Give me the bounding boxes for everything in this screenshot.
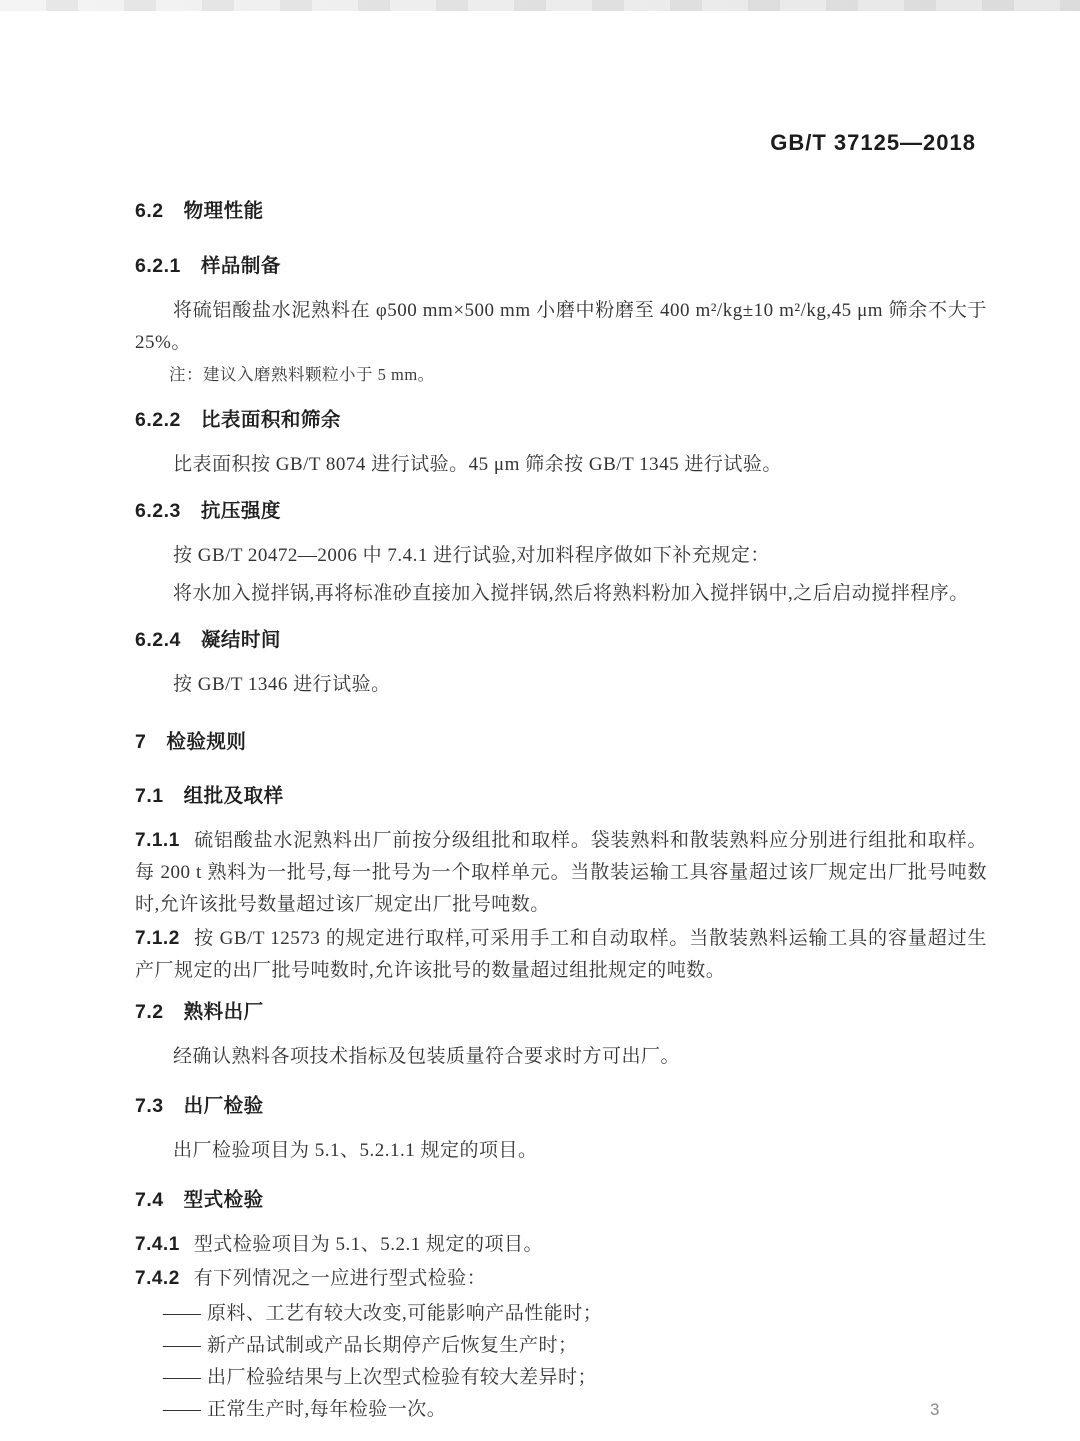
section-heading-6.2.4: 6.2.4凝结时间 [135, 627, 987, 653]
list-item: ——出厂检验结果与上次型式检验有较大差异时； [135, 1362, 987, 1394]
section-heading-7.1: 7.1组批及取样 [135, 783, 987, 809]
section-title: 凝结时间 [201, 629, 281, 651]
clause-7.1.1: 7.1.1硫铝酸盐水泥熟料出厂前按分级组批和取样。袋装熟料和散装熟料应分别进行组… [135, 825, 987, 921]
list-item-text: 新产品试制或产品长期停产后恢复生产时； [207, 1335, 578, 1356]
section-number: 6.2 [135, 200, 164, 222]
document-body: 6.2物理性能6.2.1样品制备将硫铝酸盐水泥熟料在 φ500 mm×500 m… [135, 198, 987, 1426]
paragraph: 将水加入搅拌锅,再将标准砂直接加入搅拌锅,然后将熟料粉加入搅拌锅中,之后启动搅拌… [135, 578, 987, 610]
list-dash: —— [163, 1399, 201, 1420]
clause-text: 硫铝酸盐水泥熟料出厂前按分级组批和取样。袋装熟料和散装熟料应分别进行组批和取样。… [135, 830, 987, 915]
section-heading-6.2.3: 6.2.3抗压强度 [135, 498, 987, 524]
list-item: ——正常生产时,每年检验一次。 [135, 1394, 987, 1426]
section-number: 7.4 [135, 1189, 164, 1211]
section-heading-7.4: 7.4型式检验 [135, 1187, 987, 1213]
paragraph: 将硫铝酸盐水泥熟料在 φ500 mm×500 mm 小磨中粉磨至 400 m²/… [135, 295, 987, 359]
section-title: 样品制备 [201, 255, 281, 277]
list-item-text: 原料、工艺有较大改变,可能影响产品性能时； [207, 1303, 602, 1324]
paragraph: 出厂检验项目为 5.1、5.2.1.1 规定的项目。 [135, 1135, 987, 1167]
section-number: 7.2 [135, 1001, 164, 1023]
list-item-text: 出厂检验结果与上次型式检验有较大差异时； [207, 1367, 597, 1388]
section-heading-7: 7检验规则 [135, 729, 987, 755]
paragraph: 按 GB/T 20472—2006 中 7.4.1 进行试验,对加料程序做如下补… [135, 540, 987, 572]
clause-number: 7.1.2 [135, 928, 180, 949]
list-item: ——原料、工艺有较大改变,可能影响产品性能时； [135, 1298, 987, 1330]
clause-text: 有下列情况之一应进行型式检验： [194, 1268, 487, 1289]
clause-7.4.1: 7.4.1型式检验项目为 5.1、5.2.1 规定的项目。 [135, 1229, 987, 1261]
section-number: 6.2.2 [135, 409, 181, 431]
list-item-text: 正常生产时,每年检验一次。 [207, 1399, 446, 1420]
paragraph: 经确认熟料各项技术指标及包装质量符合要求时方可出厂。 [135, 1041, 987, 1073]
note: 注：建议入磨熟料颗粒小于 5 mm。 [169, 361, 987, 389]
list-item: ——新产品试制或产品长期停产后恢复生产时； [135, 1330, 987, 1362]
paragraph: 按 GB/T 1346 进行试验。 [135, 669, 987, 701]
section-number: 6.2.1 [135, 255, 181, 277]
section-title: 物理性能 [184, 200, 264, 222]
clause-text: 型式检验项目为 5.1、5.2.1 规定的项目。 [194, 1234, 543, 1255]
section-heading-6.2: 6.2物理性能 [135, 198, 987, 224]
standard-code-header: GB/T 37125—2018 [770, 130, 976, 156]
list-dash: —— [163, 1303, 201, 1324]
section-number: 7.3 [135, 1095, 164, 1117]
scan-artifact-strip [0, 0, 1080, 11]
clause-number: 7.4.2 [135, 1268, 180, 1289]
section-heading-6.2.2: 6.2.2比表面积和筛余 [135, 407, 987, 433]
section-title: 出厂检验 [184, 1095, 264, 1117]
section-heading-7.2: 7.2熟料出厂 [135, 999, 987, 1025]
list-dash: —— [163, 1335, 201, 1356]
clause-7.4.2: 7.4.2有下列情况之一应进行型式检验： [135, 1263, 987, 1295]
section-title: 组批及取样 [184, 785, 284, 807]
section-title: 抗压强度 [201, 500, 281, 522]
clause-text: 按 GB/T 12573 的规定进行取样,可采用手工和自动取样。当散装熟料运输工… [135, 928, 987, 981]
paragraph: 比表面积按 GB/T 8074 进行试验。45 μm 筛余按 GB/T 1345… [135, 449, 987, 481]
section-title: 比表面积和筛余 [201, 409, 341, 431]
section-heading-7.3: 7.3出厂检验 [135, 1093, 987, 1119]
section-number: 7 [135, 731, 146, 753]
section-title: 型式检验 [184, 1189, 264, 1211]
section-number: 6.2.3 [135, 500, 181, 522]
clause-number: 7.1.1 [135, 830, 180, 851]
list-dash: —— [163, 1367, 201, 1388]
section-heading-6.2.1: 6.2.1样品制备 [135, 253, 987, 279]
clause-7.1.2: 7.1.2按 GB/T 12573 的规定进行取样,可采用手工和自动取样。当散装… [135, 923, 987, 987]
section-title: 检验规则 [166, 731, 246, 753]
page-number: 3 [930, 1400, 939, 1420]
section-title: 熟料出厂 [184, 1001, 264, 1023]
clause-number: 7.4.1 [135, 1234, 180, 1255]
section-number: 7.1 [135, 785, 164, 807]
section-number: 6.2.4 [135, 629, 181, 651]
